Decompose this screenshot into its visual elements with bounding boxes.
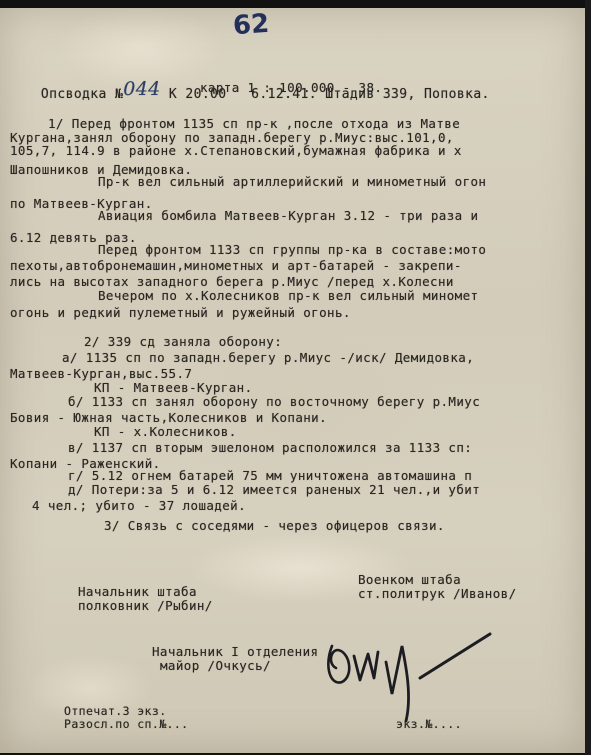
section-2-item: Матвеев-Курган,выс.55.7 [10,366,192,381]
distribution-line: Разосл.по сп.№... [64,717,189,731]
section-2-heading: 2/ 339 сд заняла оборону: [84,334,282,349]
body-line: Вечером по х.Колесников пр-к вел сильный… [98,288,478,303]
body-line: пехоты,автобронемашин,минометных и арт-б… [10,258,462,273]
handwritten-signature [320,616,500,726]
scan-border [585,0,591,755]
section-2-item: КП - х.Колесников. [94,424,237,439]
section-2-item: г/ 5.12 огнем батарей 75 мм уничтожена а… [68,468,472,483]
chief-of-staff-name: полковник /Рыбин/ [78,598,213,613]
body-line: лись на высотах западного берега р.Миус … [10,274,454,289]
body-line: 105,7, 114.9 в районе х.Степановский,бум… [10,143,462,158]
section-2-item: в/ 1137 сп вторым эшелоном расположился … [68,440,472,455]
body-line: 1/ Перед фронтом 1135 сп пр-к ,после отх… [48,116,460,131]
section-3: 3/ Связь с соседями - через офицеров свя… [104,518,445,533]
section-2-item: б/ 1133 сп занял оборону по восточному б… [68,394,480,409]
section-2-item: Бовия - Южная часть,Колесников и Копани. [10,410,327,425]
printed-copies: Отпечат.3 экз. [64,704,167,718]
folio-number: 62 [232,9,270,41]
section-2-item: д/ Потери:за 5 и 6.12 имеется раненых 21… [68,482,480,497]
section-2-item: КП - Матвеев-Курган. [94,380,253,395]
body-line: Авиация бомбила Матвеев-Курган 3.12 - тр… [98,208,478,223]
document-page: 62 Опсводка №044 К 20.00 6.12.41. Штадив… [0,8,585,753]
section-2-item: а/ 1135 сп по западн.берегу р.Миус -/иск… [62,350,474,365]
body-line: огонь и редкий пулеметный и ружейный ого… [10,305,351,320]
report-number-handwritten: 044 [123,78,160,100]
title-prefix: Опсводка № [41,87,123,102]
dept-head-title: Начальник I отделения [152,644,318,659]
chief-of-staff-title: Начальник штаба [78,584,197,599]
section-2-item: 4 чел.; убито - 37 лошадей. [32,498,246,513]
body-line: Пр-к вел сильный артиллерийский и миноме… [98,174,486,189]
map-reference: карта 1 : 100.000 - 38. [200,80,382,95]
copy-number: экз.№.... [396,717,462,731]
dept-head-name: майор /Очкусь/ [160,658,271,673]
commissar-name: ст.политрук /Иванов/ [358,586,517,601]
body-line: Перед фронтом 1133 сп группы пр-ка в сос… [98,242,486,257]
commissar-title: Военком штаба [358,572,461,587]
